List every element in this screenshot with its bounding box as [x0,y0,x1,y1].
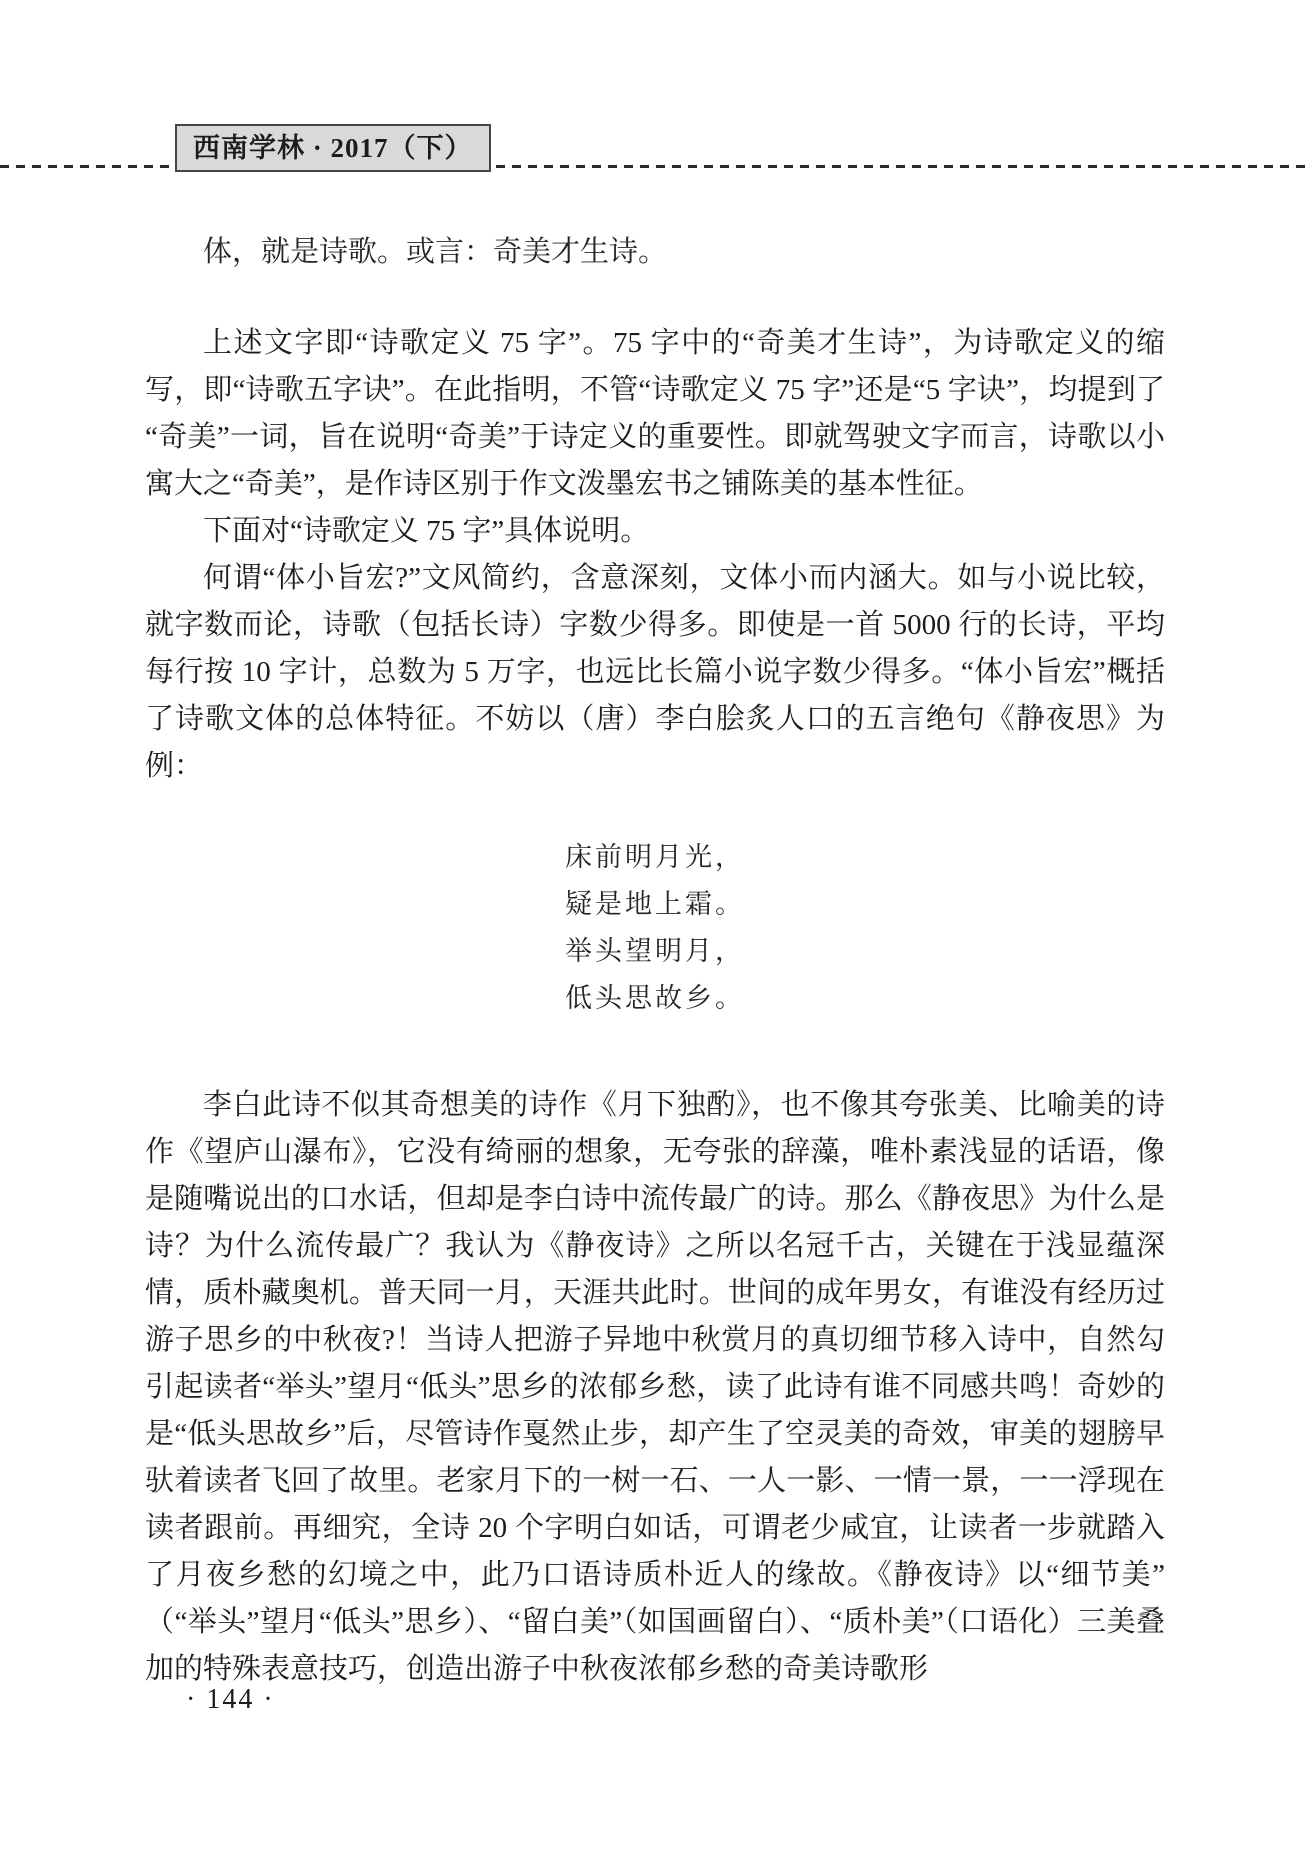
paragraph-ti-xiao-zhi-hong: 何谓“体小旨宏?”文风简约，含意深刻，文体小而内涵大。如与小说比较，就字数而论，… [145,555,1165,790]
poem-line: 疑是地上霜。 [145,881,1165,928]
poem-line: 床前明月光， [145,834,1165,881]
journal-header-badge: 西南学林 · 2017（下） [175,124,491,172]
carryover-quote-line: 体，就是诗歌。或言：奇美才生诗。 [145,229,1165,276]
page-number: · 144 · [186,1684,275,1716]
paragraph-transition: 下面对“诗歌定义 75 字”具体说明。 [145,508,1165,555]
document-page: 西南学林 · 2017（下） 体，就是诗歌。或言：奇美才生诗。 上述文字即“诗歌… [0,0,1307,1859]
poem-line: 举头望明月， [145,928,1165,975]
poem-jing-ye-si: 床前明月光， 疑是地上霜。 举头望明月， 低头思故乡。 [145,834,1165,1022]
paragraph-definition-75: 上述文字即“诗歌定义 75 字”。75 字中的“奇美才生诗”，为诗歌定义的缩写，… [145,320,1165,508]
page-body: 体，就是诗歌。或言：奇美才生诗。 上述文字即“诗歌定义 75 字”。75 字中的… [145,229,1165,1693]
paragraph-analysis: 李白此诗不似其奇想美的诗作《月下独酌》，也不像其夸张美、比喻美的诗作《望庐山瀑布… [145,1082,1165,1693]
poem-line: 低头思故乡。 [145,975,1165,1022]
